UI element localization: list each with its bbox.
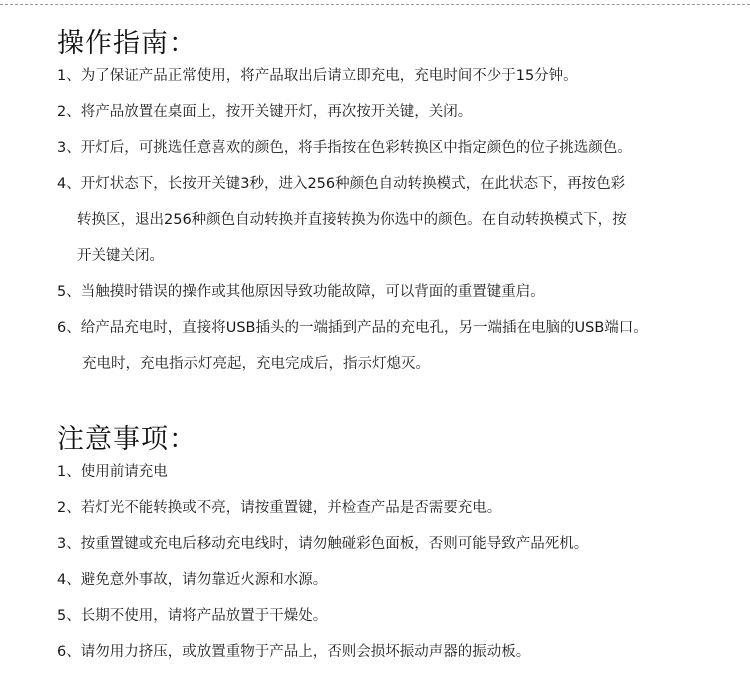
list-item: 3、按重置键或充电后移动充电线时，请勿触碰彩色面板，否则可能导致产品死机。 <box>57 526 737 562</box>
top-dashed-divider <box>0 4 750 5</box>
item-number: 6、 <box>57 634 81 670</box>
item-number: 3、 <box>57 526 81 562</box>
list-item: 2、将产品放置在桌面上，按开关键开灯，再次按开关键，关闭。 <box>57 94 737 130</box>
list-item: 2、若灯光不能转换或不亮，请按重置键，并检查产品是否需要充电。 <box>57 490 737 526</box>
item-text: 当触摸时错误的操作或其他原因导致功能故障，可以背面的重置键重启。 <box>81 284 545 300</box>
list-item: 1、使用前请充电 <box>57 454 737 490</box>
list-item: 4、避免意外事故，请勿靠近火源和水源。 <box>57 562 737 598</box>
item-text: 避免意外事故，请勿靠近火源和水源。 <box>81 572 328 588</box>
item-number: 4、 <box>57 166 81 202</box>
item-text: 请勿用力挤压，或放置重物于产品上，否则会损坏振动声器的振动板。 <box>81 644 531 660</box>
item-text: 使用前请充电 <box>81 464 168 480</box>
list-item: 6、请勿用力挤压，或放置重物于产品上，否则会损坏振动声器的振动板。 <box>57 634 737 670</box>
item-continuation: 开关键关闭。 <box>57 238 737 274</box>
item-number: 5、 <box>57 274 81 310</box>
item-number: 3、 <box>57 130 81 166</box>
item-number: 2、 <box>57 490 81 526</box>
operating-guide-section: 操作指南： 1、为了保证产品正常使用，将产品取出后请立即充电，充电时间不少于15… <box>57 28 737 382</box>
item-number: 1、 <box>57 58 81 94</box>
precautions-section: 注意事项： 1、使用前请充电 2、若灯光不能转换或不亮，请按重置键，并检查产品是… <box>57 424 737 670</box>
list-item: 1、为了保证产品正常使用，将产品取出后请立即充电，充电时间不少于15分钟。 <box>57 58 737 94</box>
list-item: 5、当触摸时错误的操作或其他原因导致功能故障，可以背面的重置键重启。 <box>57 274 737 310</box>
item-number: 1、 <box>57 454 81 490</box>
item-text: 开灯状态下，长按开关键3秒，进入256种颜色自动转换模式，在此状态下，再按色彩 <box>81 176 625 192</box>
item-text: 给产品充电时，直接将USB插头的一端插到产品的充电孔，另一端插在电脑的USB端口… <box>81 320 648 336</box>
section-title: 操作指南： <box>57 28 737 60</box>
list-item: 3、开灯后，可挑选任意喜欢的颜色，将手指按在色彩转换区中指定颜色的位子挑选颜色。 <box>57 130 737 166</box>
list-item: 4、开灯状态下，长按开关键3秒，进入256种颜色自动转换模式，在此状态下，再按色… <box>57 166 737 274</box>
list-item: 5、长期不使用，请将产品放置于干燥处。 <box>57 598 737 634</box>
section-title: 注意事项： <box>57 424 737 456</box>
item-text: 长期不使用，请将产品放置于干燥处。 <box>81 608 328 624</box>
item-text: 开灯后，可挑选任意喜欢的颜色，将手指按在色彩转换区中指定颜色的位子挑选颜色。 <box>81 140 632 156</box>
list-item: 6、给产品充电时，直接将USB插头的一端插到产品的充电孔，另一端插在电脑的USB… <box>57 310 737 382</box>
item-text: 将产品放置在桌面上，按开关键开灯，再次按开关键，关闭。 <box>81 104 473 120</box>
item-text: 为了保证产品正常使用，将产品取出后请立即充电，充电时间不少于15分钟。 <box>81 68 578 84</box>
item-continuation: 充电时，充电指示灯亮起，充电完成后，指示灯熄灭。 <box>57 346 737 382</box>
item-number: 4、 <box>57 562 81 598</box>
item-number: 6、 <box>57 310 81 346</box>
item-number: 2、 <box>57 94 81 130</box>
item-continuation: 转换区，退出256种颜色自动转换并直接转换为你选中的颜色。在自动转换模式下，按 <box>57 202 737 238</box>
item-text: 若灯光不能转换或不亮，请按重置键，并检查产品是否需要充电。 <box>81 500 502 516</box>
item-text: 按重置键或充电后移动充电线时，请勿触碰彩色面板，否则可能导致产品死机。 <box>81 536 589 552</box>
item-number: 5、 <box>57 598 81 634</box>
